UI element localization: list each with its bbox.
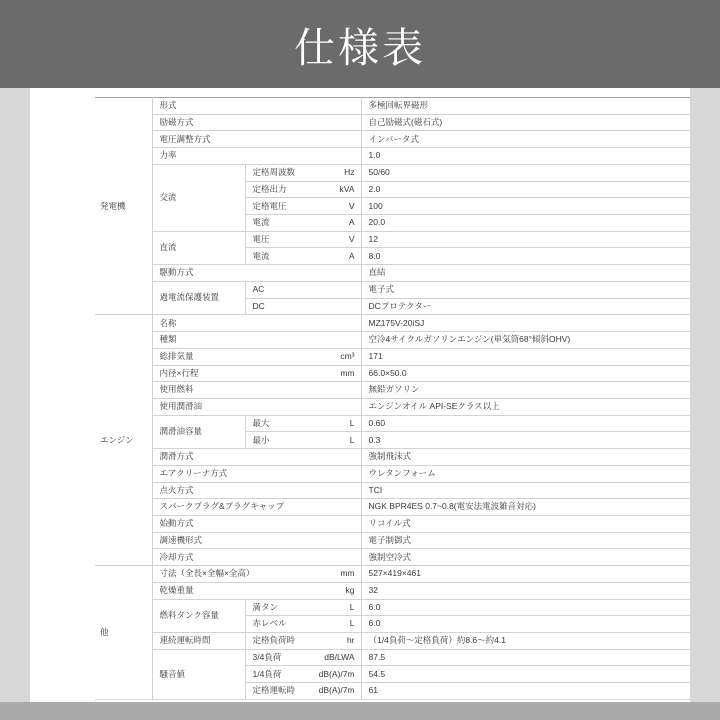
unit-label: L [346,603,355,612]
attr-cell: 点火方式 [152,482,361,499]
attr-cell: 名称 [152,315,361,332]
attr-cell: 励磁方式 [152,114,361,131]
attr-label: 調速機形式 [160,536,203,545]
value-cell: インバータ式 [361,131,690,148]
table-row: 他寸法（全長×全幅×全高）mm527×419×461 [95,566,690,583]
sub-label: 定格運転時 [253,686,296,695]
unit-label: L [346,419,355,428]
table-row: 騒音値3/4負荷dB/LWA87.5 [95,649,690,666]
unit-label: cm³ [336,352,354,361]
unit-label: L [346,619,355,628]
value-cell: 6.0 [361,599,690,616]
value-cell: ウレタンフォーム [361,465,690,482]
value-cell: 20.0 [361,215,690,232]
sub-cell: 最小L [245,432,361,449]
unit-label: kg [342,586,355,595]
sub-cell: 1/4負荷dB(A)/7m [245,666,361,683]
attr-label: 形式 [160,101,177,110]
attr-cell: 使用潤滑油 [152,398,361,415]
sub-label: 定格周波数 [253,168,296,177]
attr-label: 冷却方式 [160,553,194,562]
attr-cell: 力率 [152,148,361,165]
attr-cell: 直流 [152,231,245,264]
unit-label: hr [343,636,355,645]
attr-label: 総排気量 [160,352,194,361]
value-cell: 0.60 [361,415,690,432]
value-cell: 87.5 [361,649,690,666]
unit-label: mm [336,569,354,578]
attr-cell: 総排気量cm³ [152,348,361,365]
sub-cell: 定格出力kVA [245,181,361,198]
sub-cell: 定格負荷時hr [245,633,361,650]
table-row: 燃料タンク容量満タンL6.0 [95,599,690,616]
unit-label: V [345,202,355,211]
sub-cell: 電圧V [245,231,361,248]
table-row: 潤滑油容量最大L0.60 [95,415,690,432]
value-cell: 50/60 [361,164,690,181]
attr-cell: 潤滑油容量 [152,415,245,448]
table-row: 発電機形式多極回転界磁形 [95,98,690,115]
attr-cell: 種類 [152,332,361,349]
sub-label: 満タン [253,603,279,612]
table-row: 過電流保護装置AC電子式 [95,281,690,298]
sub-cell: 電流A [245,215,361,232]
attr-label: 寸法（全長×全幅×全高） [160,569,255,578]
value-cell: MZ175V-20iSJ [361,315,690,332]
value-cell: 100 [361,198,690,215]
attr-label: 使用潤滑油 [160,402,203,411]
value-cell: リコイル式 [361,515,690,532]
attr-cell: 調速機形式 [152,532,361,549]
table-row: 種類空冷4サイクルガソリンエンジン(単気筒68°傾斜OHV) [95,332,690,349]
table-row: 調速機形式電子制御式 [95,532,690,549]
sub-cell: DC [245,298,361,315]
attr-label: 潤滑方式 [160,452,194,461]
sub-label: 定格出力 [253,185,287,194]
group-cell: 発電機 [95,98,152,315]
attr-label: 力率 [160,151,177,160]
attr-cell: 寸法（全長×全幅×全高）mm [152,566,361,583]
value-cell: DCプロテクター [361,298,690,315]
unit-label: dB/LWA [320,653,354,662]
table-row: 連続運転時間定格負荷時hr（1/4負荷～定格負荷）約8.6～約4.1 [95,633,690,650]
attr-cell: スパークプラグ&プラグキャップ [152,499,361,516]
table-row: 交流定格周波数Hz50/60 [95,164,690,181]
sub-cell: 定格電圧V [245,198,361,215]
attr-cell: エアクリーナ方式 [152,465,361,482]
sub-label: 電流 [253,252,270,261]
attr-label: 点火方式 [160,486,194,495]
table-row: 励磁方式自己励磁式(磁石式) [95,114,690,131]
table-row: 直流電圧V12 [95,231,690,248]
sub-cell: 定格周波数Hz [245,164,361,181]
attr-cell: 燃料タンク容量 [152,599,245,632]
sub-label: DC [253,302,265,311]
table-row: スパークプラグ&プラグキャップNGK BPR4ES 0.7~0.8(電安法電波雑… [95,499,690,516]
value-cell: 空冷4サイクルガソリンエンジン(単気筒68°傾斜OHV) [361,332,690,349]
attr-label: 乾燥重量 [160,586,194,595]
table-row: 冷却方式強制空冷式 [95,549,690,566]
spec-table: 発電機形式多極回転界磁形励磁方式自己励磁式(磁石式)電圧調整方式インバータ式力率… [95,97,690,700]
unit-label: L [346,436,355,445]
unit-label: V [345,235,355,244]
table-row: 内径×行程mm66.0×50.0 [95,365,690,382]
unit-label: A [345,218,355,227]
attr-label: スパークプラグ&プラグキャップ [160,502,285,511]
sub-label: 電流 [253,218,270,227]
value-cell: NGK BPR4ES 0.7~0.8(電安法電波雑音対応) [361,499,690,516]
table-row: 使用燃料無鉛ガソリン [95,382,690,399]
unit-label: Hz [340,168,354,177]
sub-label: 電圧 [253,235,270,244]
attr-cell: 騒音値 [152,649,245,699]
table-row: 使用潤滑油エンジンオイル API-SEクラス以上 [95,398,690,415]
value-cell: 2.0 [361,181,690,198]
attr-cell: 潤滑方式 [152,449,361,466]
sub-label: 最大 [253,419,270,428]
table-row: 総排気量cm³171 [95,348,690,365]
attr-label: 励磁方式 [160,118,194,127]
sub-label: 3/4負荷 [253,653,282,662]
group-cell: エンジン [95,315,152,566]
value-cell: 直結 [361,265,690,282]
value-cell: エンジンオイル API-SEクラス以上 [361,398,690,415]
table-row: 力率1.0 [95,148,690,165]
sub-cell: 最大L [245,415,361,432]
value-cell: 1.0 [361,148,690,165]
value-cell: 0.3 [361,432,690,449]
sub-label: 1/4負荷 [253,670,282,679]
sub-cell: 満タンL [245,599,361,616]
table-row: 駆動方式直結 [95,265,690,282]
table-row: 乾燥重量kg32 [95,582,690,599]
attr-cell: 過電流保護装置 [152,281,245,314]
table-row: エンジン名称MZ175V-20iSJ [95,315,690,332]
value-cell: 66.0×50.0 [361,365,690,382]
value-cell: 54.5 [361,666,690,683]
sub-cell: 定格運転時dB(A)/7m [245,683,361,700]
value-cell: 61 [361,683,690,700]
table-row: 点火方式TCI [95,482,690,499]
value-cell: 自己励磁式(磁石式) [361,114,690,131]
table-row: エアクリーナ方式ウレタンフォーム [95,465,690,482]
attr-cell: 冷却方式 [152,549,361,566]
attr-cell: 形式 [152,98,361,115]
sub-label: 定格電圧 [253,202,287,211]
value-cell: 32 [361,582,690,599]
unit-label: dB(A)/7m [315,686,355,695]
value-cell: 8.0 [361,248,690,265]
page-title: 仕様表 [294,15,426,74]
attr-cell: 乾燥重量kg [152,582,361,599]
attr-label: 名称 [160,319,177,328]
value-cell: TCI [361,482,690,499]
attr-cell: 連続運転時間 [152,633,245,650]
attr-cell: 内径×行程mm [152,365,361,382]
attr-cell: 電圧調整方式 [152,131,361,148]
value-cell: 電子制御式 [361,532,690,549]
value-cell: 527×419×461 [361,566,690,583]
table-row: 潤滑方式強制飛沫式 [95,449,690,466]
value-cell: 6.0 [361,616,690,633]
unit-label: A [345,252,355,261]
value-cell: 無鉛ガソリン [361,382,690,399]
attr-cell: 駆動方式 [152,265,361,282]
value-cell: 12 [361,231,690,248]
sub-label: AC [253,285,265,294]
value-cell: 強制空冷式 [361,549,690,566]
table-row: 電圧調整方式インバータ式 [95,131,690,148]
unit-label: dB(A)/7m [315,670,355,679]
sub-label: 定格負荷時 [253,636,296,645]
value-cell: 強制飛沫式 [361,449,690,466]
spec-card: 発電機形式多極回転界磁形励磁方式自己励磁式(磁石式)電圧調整方式インバータ式力率… [30,88,690,702]
attr-label: 始動方式 [160,519,194,528]
sub-cell: 赤レベルL [245,616,361,633]
sub-cell: 電流A [245,248,361,265]
sub-label: 赤レベル [253,619,287,628]
attr-label: 種類 [160,335,177,344]
sub-cell: AC [245,281,361,298]
unit-label: mm [336,369,354,378]
value-cell: 171 [361,348,690,365]
value-cell: （1/4負荷～定格負荷）約8.6～約4.1 [361,633,690,650]
page-header: 仕様表 [0,0,720,88]
sub-label: 最小 [253,436,270,445]
sub-cell: 3/4負荷dB/LWA [245,649,361,666]
attr-cell: 交流 [152,164,245,231]
attr-label: エアクリーナ方式 [160,469,228,478]
group-cell: 他 [95,566,152,700]
unit-label: kVA [336,185,355,194]
attr-label: 内径×行程 [160,369,199,378]
attr-label: 電圧調整方式 [160,135,211,144]
attr-cell: 使用燃料 [152,382,361,399]
attr-label: 駆動方式 [160,268,194,277]
table-row: 始動方式リコイル式 [95,515,690,532]
value-cell: 電子式 [361,281,690,298]
attr-label: 使用燃料 [160,385,194,394]
bottom-band [0,702,720,720]
attr-cell: 始動方式 [152,515,361,532]
value-cell: 多極回転界磁形 [361,98,690,115]
